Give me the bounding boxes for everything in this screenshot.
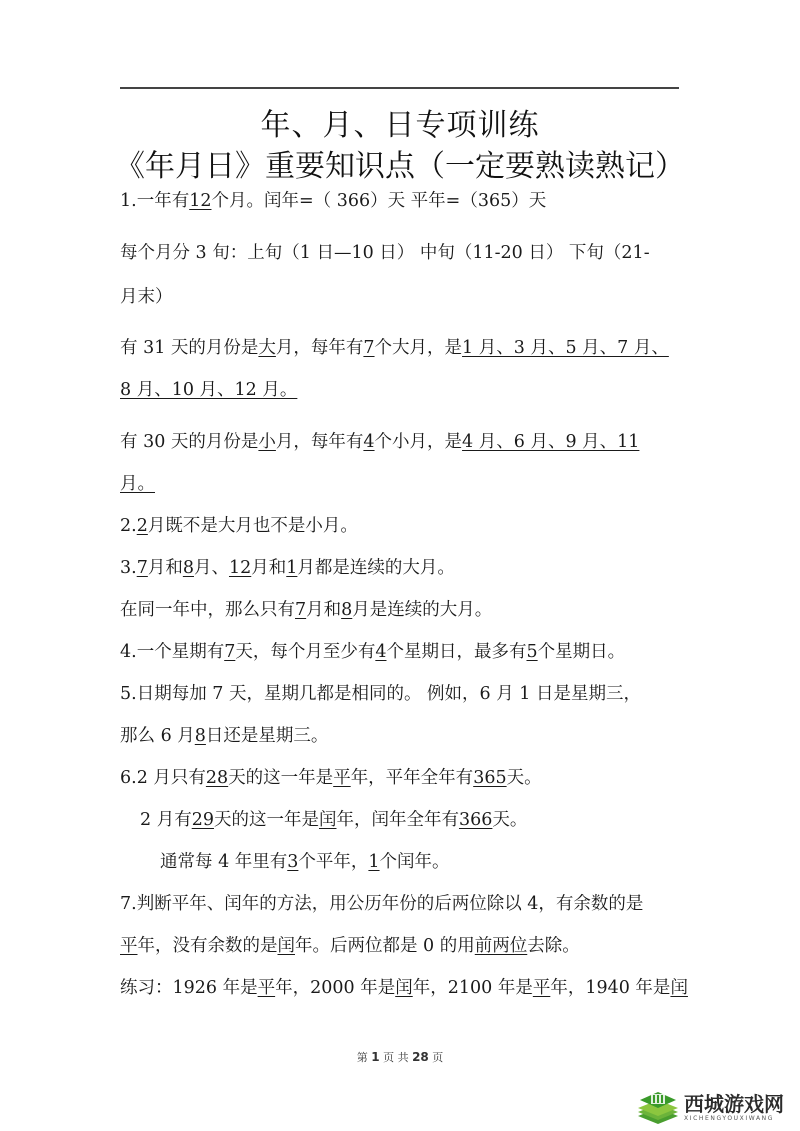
line-text: 每个月分 3 旬：上旬（1 日—10 日） 中旬（11-20 日） 下旬（21- xyxy=(120,243,650,263)
answer-blank: 7 xyxy=(363,338,374,358)
answer-blank: 12 xyxy=(229,558,251,578)
line-text: 个星期日。 xyxy=(538,642,626,662)
text-line: 2 月有29天的这一年是闰年，闰年全年有366天。 xyxy=(140,808,527,832)
line-text: 那么 6 月 xyxy=(120,726,195,746)
line-text: 月、 xyxy=(194,558,229,578)
line-text: 6.2 月只有 xyxy=(120,768,206,788)
line-text: 天的这一年是 xyxy=(214,810,319,830)
footer-suffix: 页 xyxy=(432,1051,443,1064)
line-text: 个平年， xyxy=(298,852,368,872)
text-line: 在同一年中，那么只有7月和8月是连续的大月。 xyxy=(120,598,492,622)
answer-blank: 小 xyxy=(258,432,276,452)
line-text: 去除。 xyxy=(527,936,580,956)
text-line: 有 31 天的月份是大月，每年有7个大月，是1 月、3 月、5 月、7 月、 xyxy=(120,336,669,360)
line-text: 2. xyxy=(120,516,137,536)
watermark-logo: 西城游戏网 XICHENGYOUXIWANG xyxy=(636,1090,784,1124)
answer-blank: 366 xyxy=(459,810,492,830)
text-line: 5.日期每加 7 天，星期几都是相同的。 例如，6 月 1 日是星期三， xyxy=(120,682,641,706)
answer-blank: 平 xyxy=(120,936,138,956)
answer-blank: 365 xyxy=(473,768,506,788)
answer-blank: 8 xyxy=(341,600,352,620)
answer-blank: 1 xyxy=(368,852,379,872)
line-text: 个闰年。 xyxy=(380,852,450,872)
line-text: 月和 xyxy=(148,558,183,578)
answer-blank: 4 月、6 月、9 月、11 xyxy=(462,432,639,452)
text-line: 练习：1926 年是平年，2000 年是闰年，2100 年是平年，1940 年是… xyxy=(120,976,688,1000)
answer-blank: 8 xyxy=(195,726,206,746)
line-text: 个星期日，最多有 xyxy=(386,642,526,662)
answer-blank: 平 xyxy=(533,978,551,998)
answer-blank: 闰 xyxy=(319,810,337,830)
text-line: 7.判断平年、闰年的方法，用公历年份的后两位除以 4，有余数的是 xyxy=(120,892,643,916)
answer-blank: 大 xyxy=(258,338,276,358)
line-text: 年，2000 年是 xyxy=(275,978,395,998)
answer-blank: 7 xyxy=(137,558,148,578)
answer-blank: 29 xyxy=(192,810,214,830)
line-text: 月和 xyxy=(306,600,341,620)
answer-blank: 闰 xyxy=(670,978,688,998)
text-line: 1.一年有12个月。闰年=（ 366）天 平年=（365）天 xyxy=(120,189,546,213)
answer-blank: 2 xyxy=(137,516,148,536)
text-line: 4.一个星期有7天，每个月至少有4个星期日，最多有5个星期日。 xyxy=(120,640,625,664)
footer-prefix: 第 xyxy=(357,1051,368,1064)
line-text: 在同一年中，那么只有 xyxy=(120,600,295,620)
footer-middle: 页 共 xyxy=(383,1051,409,1064)
line-text: 年。后两位都是 0 的用 xyxy=(295,936,475,956)
line-text: 通常每 4 年里有 xyxy=(160,852,287,872)
answer-blank: 闰 xyxy=(395,978,413,998)
line-text: 月既不是大月也不是小月。 xyxy=(148,516,358,536)
line-text: 1.一年有 xyxy=(120,191,189,211)
answer-blank: 闰 xyxy=(278,936,296,956)
line-text: 天的这一年是 xyxy=(228,768,333,788)
line-text: 5.日期每加 7 天，星期几都是相同的。 例如，6 月 1 日是星期三， xyxy=(120,684,641,704)
line-text: 年，没有余数的是 xyxy=(138,936,278,956)
line-text: 有 30 天的月份是 xyxy=(120,432,258,452)
line-text: 7.判断平年、闰年的方法，用公历年份的后两位除以 4，有余数的是 xyxy=(120,894,643,914)
page-title: 年、月、日专项训练 xyxy=(100,100,700,144)
page-footer: 第 1 页 共 28 页 xyxy=(300,1049,500,1065)
line-text: 练习：1926 年是 xyxy=(120,978,258,998)
text-line: 每个月分 3 旬：上旬（1 日—10 日） 中旬（11-20 日） 下旬（21- xyxy=(120,241,650,265)
line-text: 年，平年全年有 xyxy=(351,768,474,788)
answer-blank: 8 xyxy=(183,558,194,578)
line-text: 月都是连续的大月。 xyxy=(297,558,455,578)
line-text: 月是连续的大月。 xyxy=(352,600,492,620)
text-line: 8 月、10 月、12 月。 xyxy=(120,378,297,402)
line-text: 2 月有 xyxy=(140,810,192,830)
text-line: 3.7月和8月、12月和1月都是连续的大月。 xyxy=(120,556,455,580)
line-text: 年，1940 年是 xyxy=(550,978,670,998)
answer-blank: 前两位 xyxy=(475,936,528,956)
answer-blank: 7 xyxy=(224,642,235,662)
text-line: 月。 xyxy=(120,472,155,496)
answer-blank: 5 xyxy=(526,642,537,662)
answer-blank: 月。 xyxy=(120,474,155,494)
text-line: 平年，没有余数的是闰年。后两位都是 0 的用前两位去除。 xyxy=(120,934,580,958)
line-text: 日还是星期三。 xyxy=(206,726,329,746)
line-text: 年，2100 年是 xyxy=(413,978,533,998)
answer-blank: 平 xyxy=(258,978,276,998)
line-text: 月，每年有 xyxy=(276,432,364,452)
text-line: 有 30 天的月份是小月，每年有4个小月，是4 月、6 月、9 月、11 xyxy=(120,430,639,454)
line-text: 天，每个月至少有 xyxy=(235,642,375,662)
text-line: 6.2 月只有28天的这一年是平年，平年全年有365天。 xyxy=(120,766,542,790)
line-text: 3. xyxy=(120,558,137,578)
line-text: 个小月，是 xyxy=(375,432,463,452)
answer-blank: 8 月、10 月、12 月。 xyxy=(120,380,297,400)
text-line: 2.2月既不是大月也不是小月。 xyxy=(120,514,358,538)
header-rule xyxy=(120,87,679,89)
line-text: 天。 xyxy=(507,768,542,788)
answer-blank: 7 xyxy=(295,600,306,620)
page-subtitle: 《年月日》重要知识点（一定要熟读熟记） xyxy=(100,141,700,185)
answer-blank: 4 xyxy=(363,432,374,452)
line-text: 有 31 天的月份是 xyxy=(120,338,258,358)
answer-blank: 平 xyxy=(333,768,351,788)
line-text: 月，每年有 xyxy=(276,338,364,358)
watermark-name-cn: 西城游戏网 xyxy=(684,1093,784,1115)
text-line: 月末） xyxy=(120,285,173,309)
line-text: 年，闰年全年有 xyxy=(336,810,459,830)
text-line: 那么 6 月8日还是星期三。 xyxy=(120,724,328,748)
total-pages-number: 28 xyxy=(412,1050,429,1064)
watermark-name-en: XICHENGYOUXIWANG xyxy=(684,1115,784,1122)
answer-blank: 12 xyxy=(189,191,211,211)
line-text: 月和 xyxy=(251,558,286,578)
answer-blank: 4 xyxy=(375,642,386,662)
line-text: 个大月，是 xyxy=(375,338,463,358)
line-text: 4.一个星期有 xyxy=(120,642,224,662)
answer-blank: 3 xyxy=(287,852,298,872)
line-text: 天。 xyxy=(492,810,527,830)
line-text: 月末） xyxy=(120,287,173,307)
current-page-number: 1 xyxy=(371,1050,379,1064)
stacked-layers-logo-icon xyxy=(636,1090,680,1124)
line-text: 个月。闰年=（ 366）天 平年=（365）天 xyxy=(211,191,546,211)
answer-blank: 1 xyxy=(286,558,297,578)
answer-blank: 28 xyxy=(206,768,228,788)
text-line: 通常每 4 年里有3个平年，1个闰年。 xyxy=(160,850,450,874)
answer-blank: 1 月、3 月、5 月、7 月、 xyxy=(462,338,669,358)
